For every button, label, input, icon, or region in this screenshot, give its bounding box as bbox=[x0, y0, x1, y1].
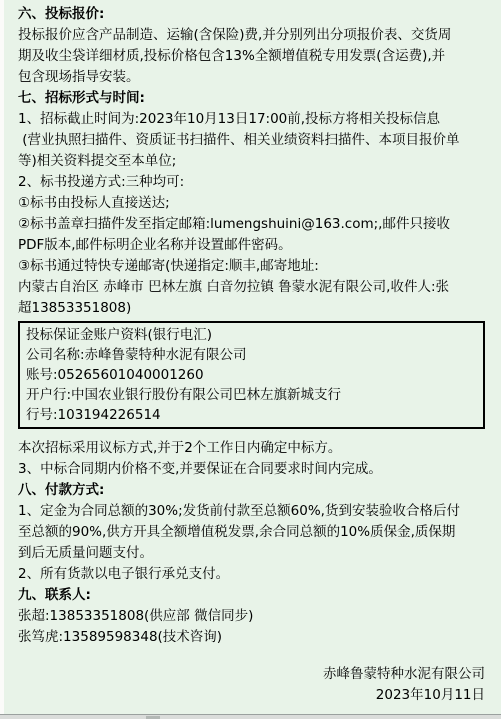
payment-contact-section: 本次招标采用议标方式,并于2个工作日内确定中标方。3、中标合同期内价格不变,并要… bbox=[18, 438, 485, 648]
doc-line: 本次招标采用议标方式,并于2个工作日内确定中标方。 bbox=[18, 438, 485, 459]
horizontal-scrollbar[interactable] bbox=[0, 714, 501, 719]
doc-line: 2、所有货款以电子银行承兑支付。 bbox=[18, 564, 485, 585]
document-page: 六、投标报价:投标报价应含产品制造、运输(含保险)费,并分别列出分项报价表、交货… bbox=[4, 0, 501, 714]
doc-line: ①标书由投标人直接送达; bbox=[18, 193, 485, 214]
doc-line: 1、定金为合同总额的30%;发货前付款至总额60%,货到安装验收合格后付 bbox=[18, 501, 485, 522]
doc-line: 包含现场指导安装。 bbox=[18, 67, 485, 88]
doc-line: 超13853351808) bbox=[18, 298, 485, 319]
doc-line: 投标报价应含产品制造、运输(含保险)费,并分别列出分项报价表、交货周 bbox=[18, 25, 485, 46]
doc-line: 期及收尘袋详细材质,投标价格包含13%全额增值税专用发票(含运费),并 bbox=[18, 46, 485, 67]
doc-line: 账号:05265601040001260 bbox=[26, 365, 479, 385]
section-heading: 九、联系人: bbox=[18, 585, 485, 606]
doc-line: 张超:13853351808(供应部 微信同步) bbox=[18, 606, 485, 627]
signature-block: 赤峰鲁蒙特种水泥有限公司 2023年10月11日 bbox=[18, 664, 485, 706]
doc-line: 投标保证金账户资料(银行电汇) bbox=[26, 325, 479, 345]
doc-line: ③标书通过特快专递邮寄(快递指定:顺丰,邮寄地址: bbox=[18, 256, 485, 277]
doc-line: 行号:103194226514 bbox=[26, 405, 479, 425]
doc-line: 1、招标截止时间为:2023年10月13日17:00前,投标方将相关投标信息 bbox=[18, 109, 485, 130]
bank-info-box: 投标保证金账户资料(银行电汇)公司名称:赤峰鲁蒙特种水泥有限公司账号:05265… bbox=[18, 321, 485, 429]
doc-line: 内蒙古自治区 赤峰市 巴林左旗 白音勿拉镇 鲁蒙水泥有限公司,收件人:张 bbox=[18, 277, 485, 298]
doc-line: 张笃虎:13589598348(技术咨询) bbox=[18, 627, 485, 648]
doc-line: (营业执照扫描件、资质证书扫描件、相关业绩资料扫描件、本项目报价单 bbox=[18, 130, 485, 151]
doc-line: 公司名称:赤峰鲁蒙特种水泥有限公司 bbox=[26, 345, 479, 365]
doc-line: 至总额的90%,供方开具全额增值税发票,余合同总额的10%质保金,质保期 bbox=[18, 522, 485, 543]
signature-company: 赤峰鲁蒙特种水泥有限公司 bbox=[18, 664, 485, 685]
doc-line: 2、标书投递方式:三种均可: bbox=[18, 172, 485, 193]
tender-terms-section: 六、投标报价:投标报价应含产品制造、运输(含保险)费,并分别列出分项报价表、交货… bbox=[18, 4, 485, 319]
section-heading: 六、投标报价: bbox=[18, 4, 485, 25]
doc-line: 到后无质量问题支付。 bbox=[18, 543, 485, 564]
section-heading: 八、付款方式: bbox=[18, 480, 485, 501]
doc-line: 开户行:中国农业银行股份有限公司巴林左旗新城支行 bbox=[26, 385, 479, 405]
doc-line: 等)相关资料提交至本单位; bbox=[18, 151, 485, 172]
section-heading: 七、招标形式与时间: bbox=[18, 88, 485, 109]
signature-date: 2023年10月11日 bbox=[18, 685, 485, 706]
doc-line: PDF版本,邮件标明企业名称并设置邮件密码。 bbox=[18, 235, 485, 256]
doc-line: 3、中标合同期内价格不变,并要保证在合同要求时间内完成。 bbox=[18, 459, 485, 480]
document-body: 六、投标报价:投标报价应含产品制造、运输(含保险)费,并分别列出分项报价表、交货… bbox=[4, 0, 501, 706]
doc-line: ②标书盖章扫描件发至指定邮箱:lumengshuini@163.com;,邮件只… bbox=[18, 214, 485, 235]
